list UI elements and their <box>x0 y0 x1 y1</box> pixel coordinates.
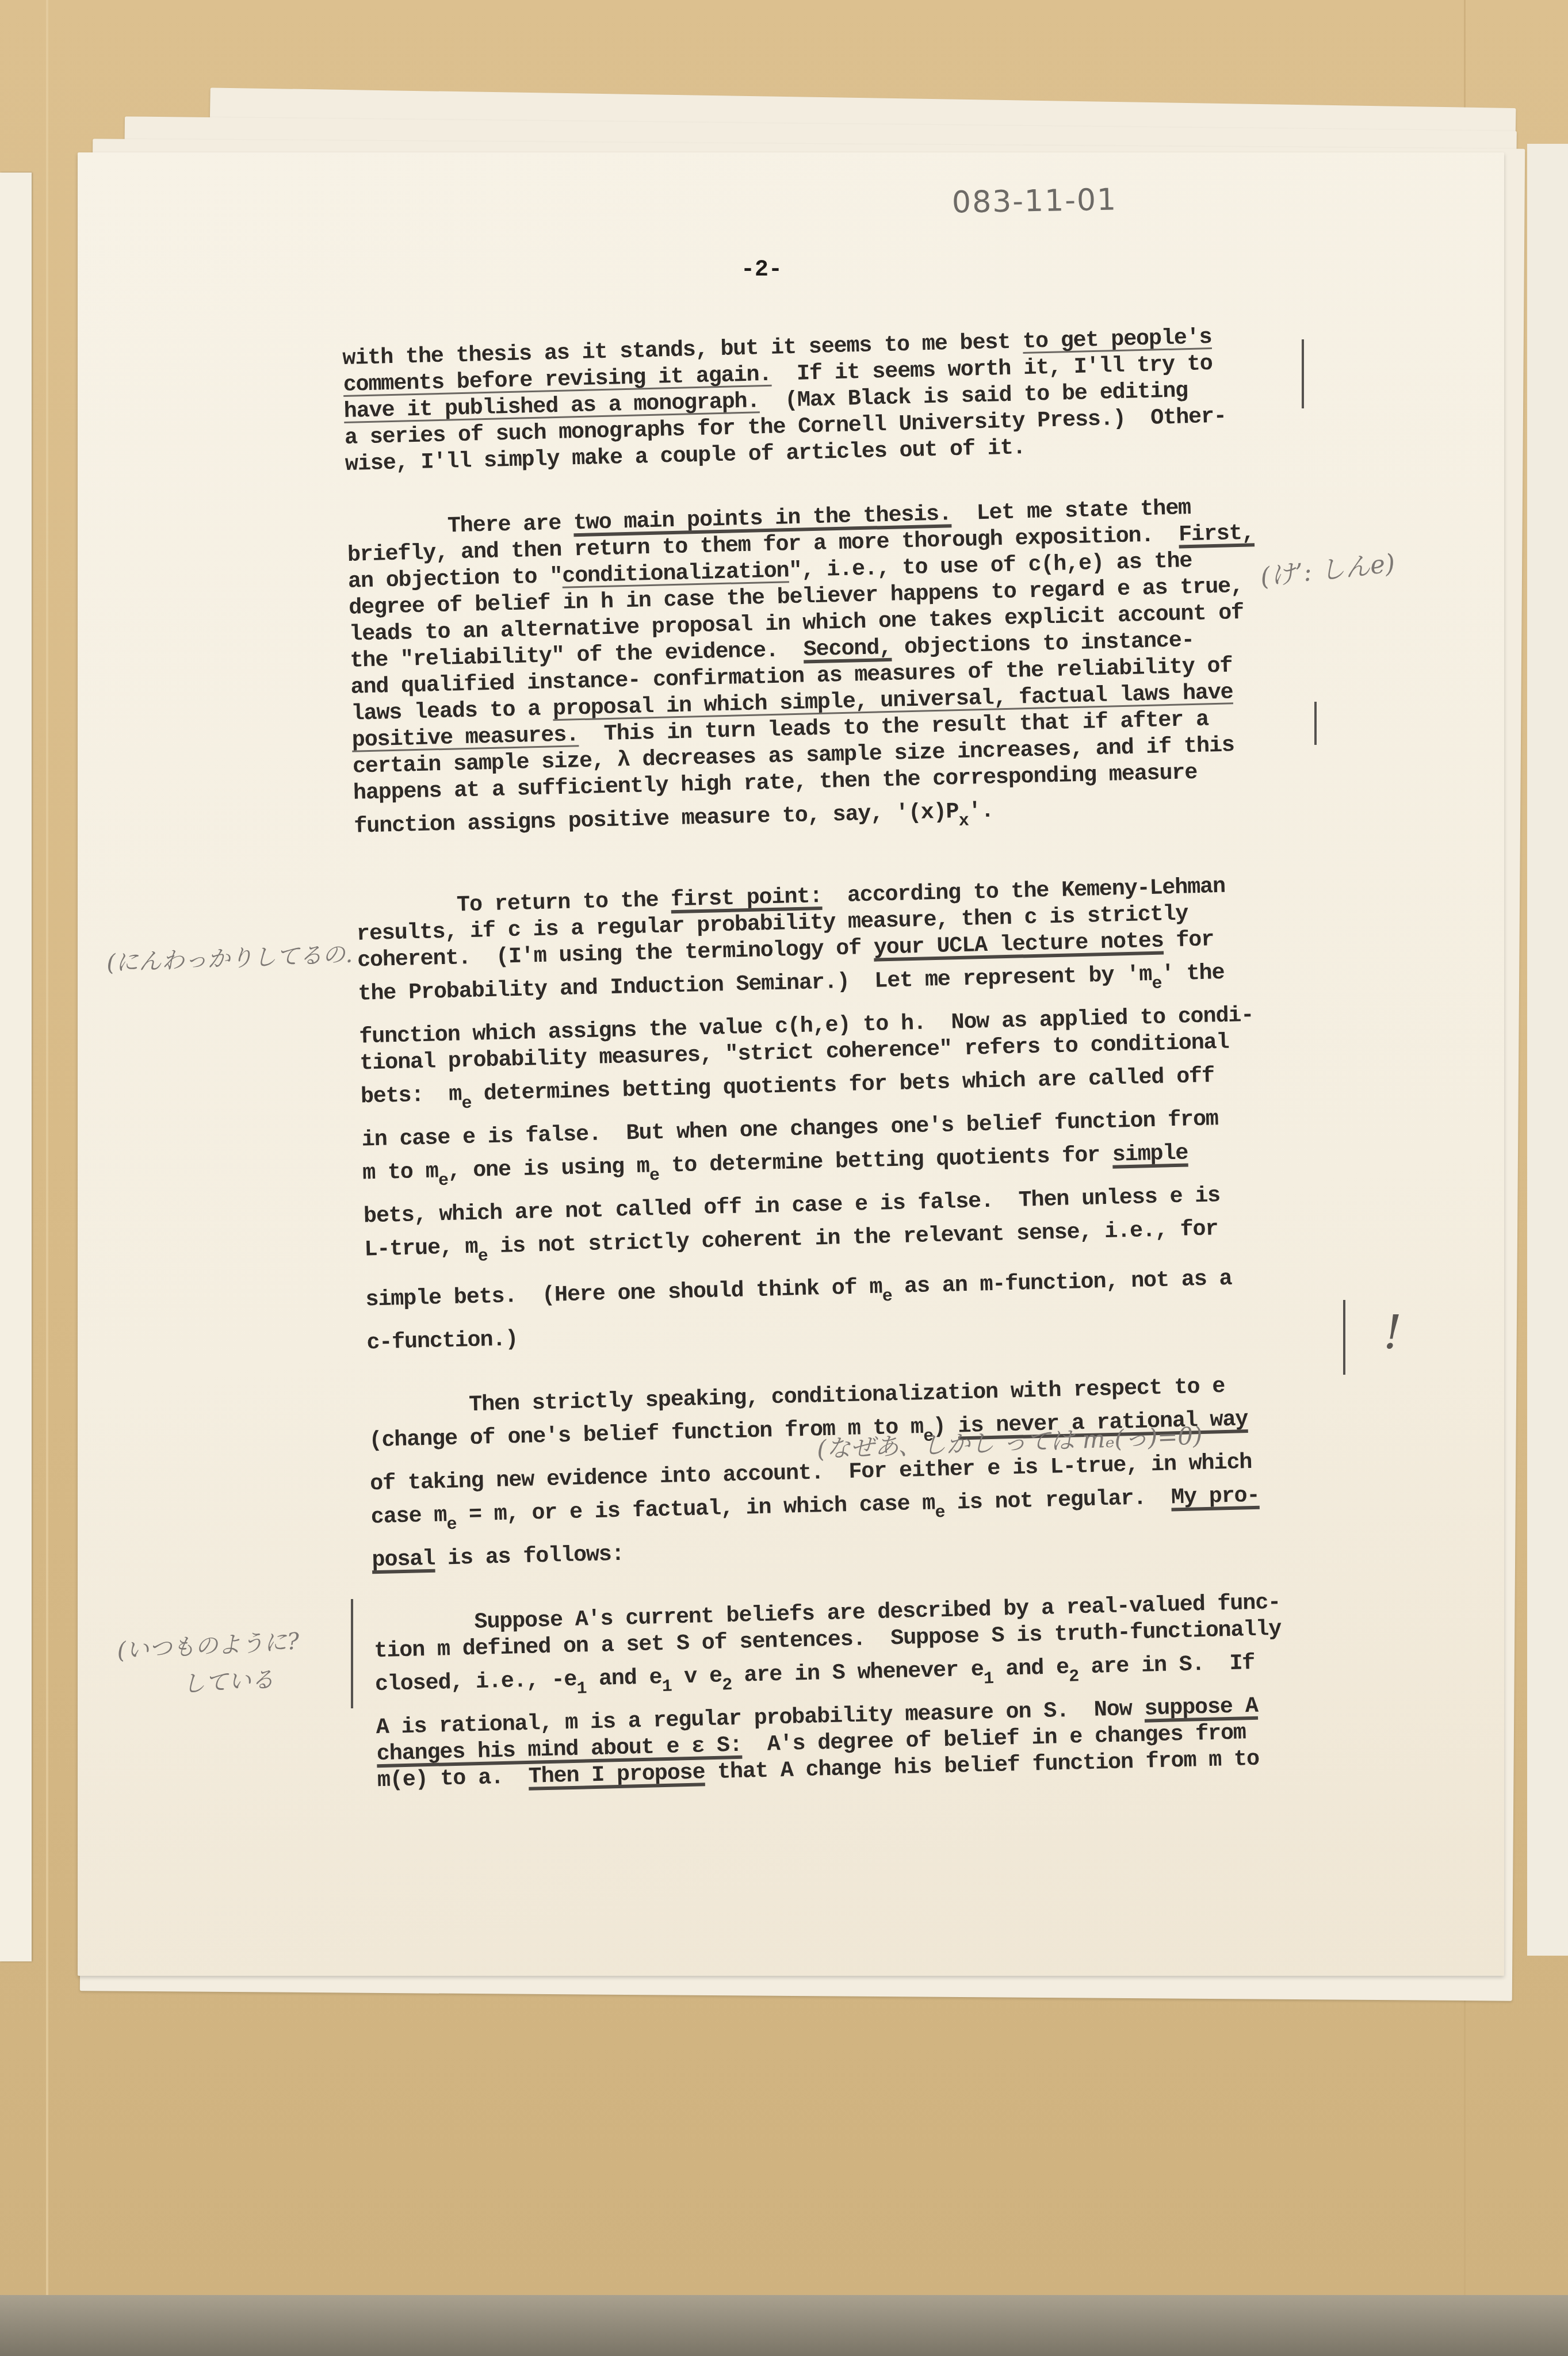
heavy-underline-text: posal <box>372 1546 435 1573</box>
subscript: e <box>1152 974 1162 994</box>
margin-bar-top <box>1302 339 1304 408</box>
subscript: e <box>478 1246 488 1266</box>
margin-bar-laws <box>1314 702 1317 745</box>
adjacent-sheet-left <box>0 173 32 1961</box>
table-surface <box>0 2295 1568 2356</box>
paragraph-1: with the thesis as it stands, but it see… <box>342 320 1357 477</box>
heavy-underline-text: Second, <box>803 635 892 663</box>
heavy-underline-text: simple <box>1112 1141 1188 1168</box>
paragraph-2: There are two main points in the thesis.… <box>346 491 1367 856</box>
heavy-underline-text: First, <box>1179 520 1255 547</box>
margin-bar-proposal <box>351 1599 353 1708</box>
margin-bar-rational <box>1343 1300 1345 1375</box>
heavy-underline-text: Then I propose <box>528 1760 705 1789</box>
adjacent-sheet-right <box>1527 144 1568 1956</box>
subscript: 1 <box>661 1677 672 1697</box>
subscript: x <box>959 812 969 831</box>
underlined-text: to get people's <box>1022 324 1212 354</box>
subscript: 2 <box>1069 1667 1079 1686</box>
paragraph-5: Suppose A's current beliefs are describe… <box>373 1586 1390 1793</box>
pencil-annotation-left-margin-2: (いつものように? している <box>116 1623 302 1706</box>
folder-crease-left <box>46 0 48 2295</box>
archive-id-label: 083-11-01 <box>951 182 1117 220</box>
subscript: 1 <box>576 1679 587 1699</box>
subscript: e <box>446 1515 457 1535</box>
subscript: e <box>935 1503 945 1523</box>
paragraph-3: To return to the first point: according … <box>355 870 1379 1356</box>
subscript: 1 <box>984 1669 994 1689</box>
page-number: -2- <box>741 257 782 283</box>
heavy-underline-text: suppose A <box>1144 1693 1258 1722</box>
paragraph-4: Then strictly speaking, conditionalizati… <box>368 1369 1385 1573</box>
subscript: e <box>649 1166 660 1185</box>
pencil-exclamation-mark: ! <box>1383 1306 1402 1359</box>
heavy-underline-text: first point: <box>671 883 823 912</box>
subscript: e <box>438 1171 449 1191</box>
subscript: e <box>882 1287 892 1306</box>
letter-body: with the thesis as it stands, but it see… <box>342 320 1391 1831</box>
heavy-underline-text: My pro- <box>1171 1483 1260 1510</box>
subscript: e <box>461 1094 472 1114</box>
subscript: 2 <box>722 1676 732 1695</box>
